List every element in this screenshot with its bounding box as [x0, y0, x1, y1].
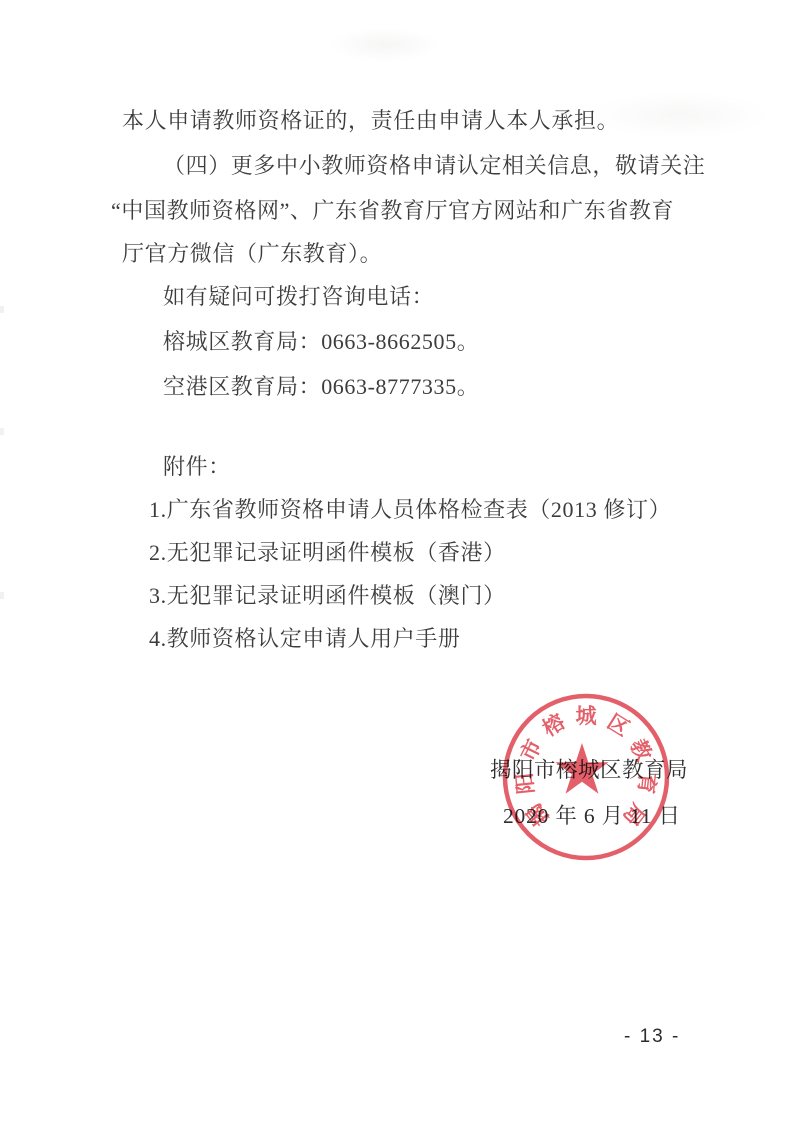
svg-text:教: 教 [625, 736, 656, 766]
svg-text:城: 城 [576, 704, 598, 728]
scan-artifact [0, 428, 4, 435]
svg-text:区: 区 [603, 710, 634, 741]
scan-artifact [330, 28, 440, 62]
body-line: 如有疑问可拨打咨询电话： [163, 284, 434, 310]
phone-line-rongcheng: 榕城区教育局：0663-8662505。 [163, 329, 479, 355]
attachment-item: 4.教师资格认定申请人用户手册 [149, 626, 461, 652]
svg-text:市: 市 [516, 736, 547, 765]
attachments-label: 附件： [163, 454, 231, 480]
svg-text:局: 局 [618, 799, 650, 830]
body-line: “中国教师资格网”、广东省教育厅官方网站和广东省教育 [111, 198, 674, 224]
svg-text:育: 育 [634, 772, 660, 795]
attachment-item: 1.广东省教师资格申请人员体格检查表（2013 修订） [149, 497, 671, 523]
body-line: 本人申请教师资格证的，责任由申请人本人承担。 [122, 108, 619, 134]
official-seal: 揭阳市榕城区教育局 [486, 677, 686, 877]
attachment-item: 3.无犯罪记录证明函件模板（澳门） [149, 583, 506, 609]
phone-line-konggang: 空港区教育局：0663-8777335。 [163, 374, 479, 400]
svg-text:揭: 揭 [522, 799, 554, 830]
svg-text:阳: 阳 [512, 772, 538, 795]
page-number: - 13 - [624, 1026, 680, 1048]
document-page: 本人申请教师资格证的，责任由申请人本人承担。 （四）更多中小教师资格申请认定相关… [0, 0, 800, 1129]
seal-star-icon [555, 743, 608, 794]
body-line: （四）更多中小教师资格申请认定相关信息，敬请关注 [163, 153, 705, 179]
scan-artifact [0, 592, 4, 599]
attachment-item: 2.无犯罪记录证明函件模板（香港） [149, 540, 506, 566]
svg-text:榕: 榕 [538, 709, 570, 742]
body-line: 厅官方微信（广东教育）。 [122, 241, 382, 267]
scan-artifact [0, 306, 4, 313]
